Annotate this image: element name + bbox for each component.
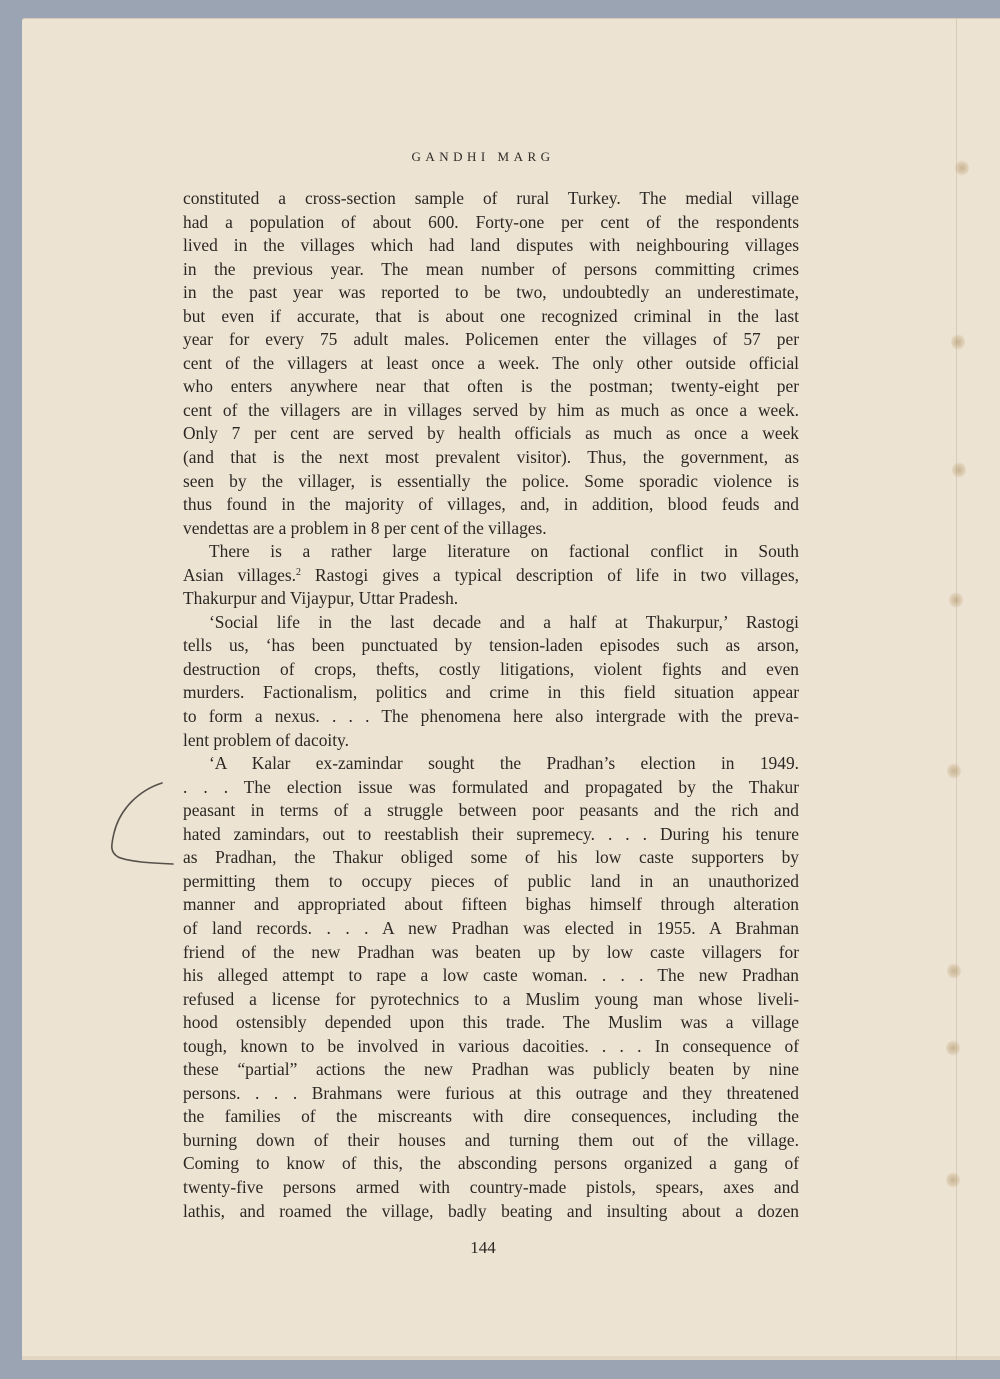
text-line: burning down of their houses and turning…	[183, 1129, 799, 1153]
text-line: his alleged attempt to rape a low caste …	[183, 964, 799, 988]
text-line: to form a nexus. . . . The phenomena her…	[183, 705, 799, 729]
line-text: Only 7 per cent are served by health off…	[183, 423, 799, 443]
line-text: as Pradhan, the Thakur obliged some of h…	[183, 847, 799, 867]
text-line: lent problem of dacoity.	[183, 729, 799, 753]
staple-hole-stain	[947, 763, 961, 779]
running-head: GANDHI MARG	[0, 149, 966, 165]
text-line: tough, known to be involved in various d…	[183, 1035, 799, 1059]
text-line: who enters anywhere near that often is t…	[183, 375, 799, 399]
line-text: hood ostensibly depended upon this trade…	[183, 1012, 799, 1032]
line-text: Coming to know of this, the absconding p…	[183, 1153, 799, 1173]
line-text: lathis, and roamed the village, badly be…	[183, 1201, 799, 1221]
line-text: hated zamindars, out to reestablish thei…	[183, 824, 799, 844]
text-line: cent of the villagers are in villages se…	[183, 399, 799, 423]
page-number: 144	[0, 1238, 966, 1258]
text-line: of land records. . . . A new Pradhan was…	[183, 917, 799, 941]
body-text: constituted a cross-section sample of ru…	[183, 187, 799, 1223]
text-line: constituted a cross-section sample of ru…	[183, 187, 799, 211]
text-line: lathis, and roamed the village, badly be…	[183, 1200, 799, 1224]
text-line: in the past year was reported to be two,…	[183, 281, 799, 305]
line-text: . . . The election issue was formulated …	[183, 777, 799, 797]
line-text: persons. . . . Brahmans were furious at …	[183, 1083, 799, 1103]
line-text: tells us, ‘has been punctuated by tensio…	[183, 635, 799, 655]
text-line: refused a license for pyrotechnics to a …	[183, 988, 799, 1012]
text-line: Coming to know of this, the absconding p…	[183, 1152, 799, 1176]
line-text: the families of the miscreants with dire…	[183, 1106, 799, 1126]
text-line: Thakurpur and Vijaypur, Uttar Pradesh.	[183, 587, 799, 611]
line-text: cent of the villagers are in villages se…	[183, 400, 799, 420]
text-line: destruction of crops, thefts, costly lit…	[183, 658, 799, 682]
line-text: Asian villages.	[183, 565, 296, 585]
text-line: cent of the villagers at least once a we…	[183, 352, 799, 376]
text-line: Asian villages.2 Rastogi gives a typical…	[183, 564, 799, 588]
line-text-continued: Rastogi gives a typical description of l…	[301, 565, 799, 585]
text-line: but even if accurate, that is about one …	[183, 305, 799, 329]
text-line: ‘Social life in the last decade and a ha…	[183, 611, 799, 635]
line-text: (and that is the next most prevalent vis…	[183, 447, 799, 467]
text-line: these “partial” actions the new Pradhan …	[183, 1058, 799, 1082]
line-text: constituted a cross-section sample of ru…	[183, 188, 799, 208]
line-text: burning down of their houses and turning…	[183, 1130, 799, 1150]
binding-fold	[956, 18, 957, 1360]
text-line: hated zamindars, out to reestablish thei…	[183, 823, 799, 847]
line-text: friend of the new Pradhan was beaten up …	[183, 942, 799, 962]
line-text: lent problem of dacoity.	[183, 730, 349, 750]
text-line: vendettas are a problem in 8 per cent of…	[183, 517, 799, 541]
line-text: his alleged attempt to rape a low caste …	[183, 965, 799, 985]
line-text: thus found in the majority of villages, …	[183, 494, 799, 514]
line-text: in the past year was reported to be two,…	[183, 282, 799, 302]
staple-hole-stain	[952, 462, 966, 478]
text-line: as Pradhan, the Thakur obliged some of h…	[183, 846, 799, 870]
staple-hole-stain	[947, 963, 961, 979]
line-text: vendettas are a problem in 8 per cent of…	[183, 518, 547, 538]
text-line: manner and appropriated about fifteen bi…	[183, 893, 799, 917]
line-text: destruction of crops, thefts, costly lit…	[183, 659, 799, 679]
line-text: who enters anywhere near that often is t…	[183, 376, 799, 396]
text-line: (and that is the next most prevalent vis…	[183, 446, 799, 470]
text-line: tells us, ‘has been punctuated by tensio…	[183, 634, 799, 658]
text-line: year for every 75 adult males. Policemen…	[183, 328, 799, 352]
line-text: refused a license for pyrotechnics to a …	[183, 989, 799, 1009]
text-line: the families of the miscreants with dire…	[183, 1105, 799, 1129]
line-text: seen by the villager, is essentially the…	[183, 471, 799, 491]
text-line: had a population of about 600. Forty-one…	[183, 211, 799, 235]
line-text: murders. Factionalism, politics and crim…	[183, 682, 799, 702]
line-text: ‘A Kalar ex-zamindar sought the Pradhan’…	[209, 753, 799, 773]
text-line: persons. . . . Brahmans were furious at …	[183, 1082, 799, 1106]
line-text: had a population of about 600. Forty-one…	[183, 212, 799, 232]
line-text: of land records. . . . A new Pradhan was…	[183, 918, 799, 938]
line-text: Thakurpur and Vijaypur, Uttar Pradesh.	[183, 588, 458, 608]
text-line: permitting them to occupy pieces of publ…	[183, 870, 799, 894]
text-line: lived in the villages which had land dis…	[183, 234, 799, 258]
text-line: hood ostensibly depended upon this trade…	[183, 1011, 799, 1035]
staple-hole-stain	[946, 1172, 960, 1188]
text-line: . . . The election issue was formulated …	[183, 776, 799, 800]
staple-hole-stain	[951, 334, 965, 350]
text-line: ‘A Kalar ex-zamindar sought the Pradhan’…	[183, 752, 799, 776]
line-text: ‘Social life in the last decade and a ha…	[209, 612, 799, 632]
line-text: manner and appropriated about fifteen bi…	[183, 894, 799, 914]
line-text: these “partial” actions the new Pradhan …	[183, 1059, 799, 1079]
text-line: seen by the villager, is essentially the…	[183, 470, 799, 494]
line-text: lived in the villages which had land dis…	[183, 235, 799, 255]
text-line: friend of the new Pradhan was beaten up …	[183, 941, 799, 965]
line-text: peasant in terms of a struggle between p…	[183, 800, 799, 820]
text-line: peasant in terms of a struggle between p…	[183, 799, 799, 823]
line-text: cent of the villagers at least once a we…	[183, 353, 799, 373]
line-text: but even if accurate, that is about one …	[183, 306, 799, 326]
staple-hole-stain	[946, 1040, 960, 1056]
line-text: tough, known to be involved in various d…	[183, 1036, 799, 1056]
text-line: Only 7 per cent are served by health off…	[183, 422, 799, 446]
pencil-bracket-mark	[100, 778, 180, 868]
text-line: murders. Factionalism, politics and crim…	[183, 681, 799, 705]
line-text: twenty-five persons armed with country-m…	[183, 1177, 799, 1197]
line-text: permitting them to occupy pieces of publ…	[183, 871, 799, 891]
text-line: twenty-five persons armed with country-m…	[183, 1176, 799, 1200]
text-line: thus found in the majority of villages, …	[183, 493, 799, 517]
line-text: year for every 75 adult males. Policemen…	[183, 329, 799, 349]
text-line: There is a rather large literature on fa…	[183, 540, 799, 564]
line-text: There is a rather large literature on fa…	[209, 541, 799, 561]
text-line: in the previous year. The mean number of…	[183, 258, 799, 282]
line-text: in the previous year. The mean number of…	[183, 259, 799, 279]
line-text: to form a nexus. . . . The phenomena her…	[183, 706, 799, 726]
staple-hole-stain	[949, 592, 963, 608]
